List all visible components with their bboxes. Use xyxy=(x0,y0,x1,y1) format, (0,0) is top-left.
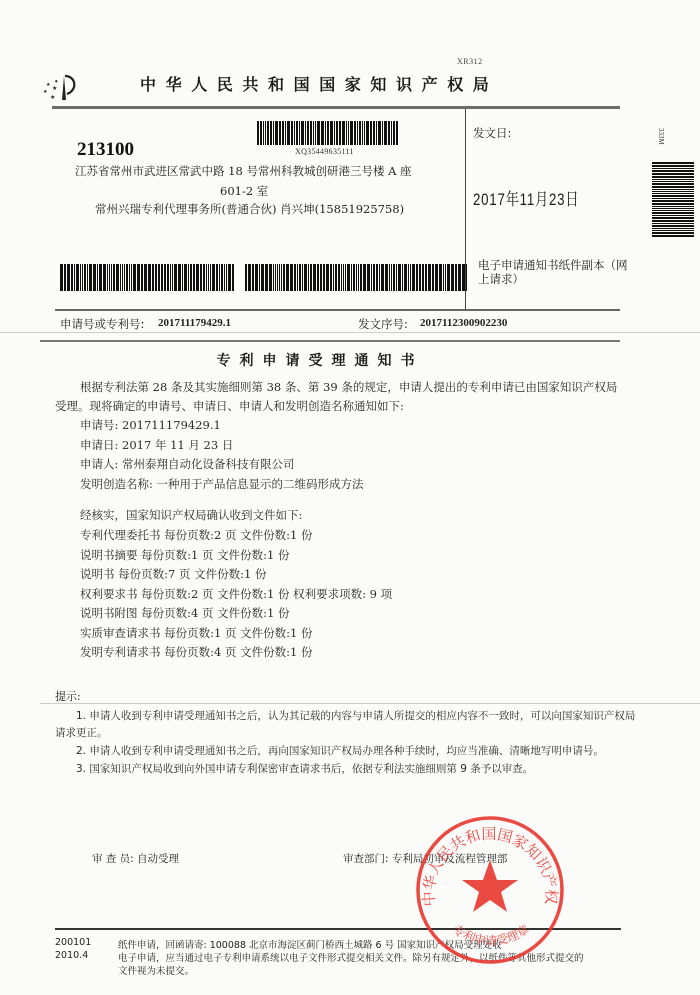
document-row: 说明书摘要 每份页数:1 页 文件份数:1 份 xyxy=(80,547,290,563)
field-invention-title: 发明创造名称: 一种用于产品信息显示的二维码形成方法 xyxy=(80,476,364,492)
document-row: 说明书附图 每份页数:4 页 文件份数:1 份 xyxy=(80,605,290,621)
svg-text:★: ★ xyxy=(46,82,51,88)
tips-label: 提示: xyxy=(55,688,81,704)
footer-line3: 文件视为未提交。 xyxy=(118,963,194,977)
svg-text:★: ★ xyxy=(43,89,48,95)
recipient-address-line2: 601-2 室 xyxy=(220,183,268,199)
confirm-text: 经核实，国家知识产权局确认收到文件如下: xyxy=(80,507,302,523)
agency-title: 中华人民共和国国家知识产权局 xyxy=(140,72,498,95)
examiner: 审 查 员: 自动受理 xyxy=(92,851,179,866)
seal-star-icon xyxy=(462,860,518,912)
document-row: 实质审查请求书 每份页数:1 页 文件份数:1 份 xyxy=(80,625,313,641)
document-row: 说明书 每份页数:7 页 文件份数:1 份 xyxy=(80,566,267,582)
field-applicant: 申请人: 常州泰翔自动化设备科技有限公司 xyxy=(80,456,295,472)
tip-3: 3. 国家知识产权局收到向外国申请专利保密审查请求书后，依据专利法实施细则第 9… xyxy=(76,761,533,776)
side-code: 333M xyxy=(657,128,665,145)
address-barcode xyxy=(257,121,399,145)
recipient-agent: 常州兴瑞专利代理事务所(普通合伙) 肖兴坤(15851925758) xyxy=(95,201,404,217)
sequence-number: 2017112300902230 xyxy=(420,317,507,329)
intro-line2: 受理。现将确定的申请号、申请日、申请人和发明创造名称通知如下: xyxy=(55,398,404,414)
footer-code2: 2010.4 xyxy=(55,950,88,961)
tip-1-cont: 请求更正。 xyxy=(55,725,108,740)
title-divider xyxy=(40,340,620,342)
barcode-middle xyxy=(245,264,468,291)
header-divider xyxy=(52,106,620,109)
tips-divider xyxy=(40,703,700,704)
app-number: 201711179429.1 xyxy=(158,317,231,329)
field-app-date: 申请日: 2017 年 11 月 23 日 xyxy=(80,437,233,453)
notice-title: 专利申请受理通知书 xyxy=(0,350,640,370)
app-number-label: 申请号或专利号: xyxy=(60,316,144,332)
official-seal-icon: 中华人民共和国国家知识产权局 专利申请受理章 xyxy=(410,810,570,970)
form-code: XR312 xyxy=(457,57,483,66)
svg-text:专利申请受理章: 专利申请受理章 xyxy=(450,921,531,948)
field-app-number: 申请号: 201711179429.1 xyxy=(80,417,221,433)
tip-1: 1. 申请人收到专利申请受理通知书之后，认为其记载的内容与申请人所提交的相应内容… xyxy=(76,708,635,723)
sent-date: 2017年11月23日 xyxy=(473,185,579,210)
sent-date-label: 发文日: xyxy=(473,125,511,141)
barcode-label: XQ35449635111 xyxy=(295,147,354,156)
svg-text:★: ★ xyxy=(50,94,55,101)
side-barcode xyxy=(652,162,694,238)
barcode-left xyxy=(60,264,235,291)
cnipa-logo-icon: ★ ★ ★ ★ ● xyxy=(40,74,80,102)
sequence-label: 发文序号: xyxy=(358,316,408,332)
copy-note: 电子申请通知书纸件副本（网上请求） xyxy=(478,258,628,286)
footer-code1: 200101 xyxy=(55,937,91,948)
section-divider xyxy=(55,309,620,311)
tip-2: 2. 申请人收到专利申请受理通知书之后，再向国家知识产权局办理各种手续时，均应当… xyxy=(76,743,604,758)
document-row: 发明专利请求书 每份页数:4 页 文件份数:1 份 xyxy=(80,644,313,660)
faint-divider xyxy=(0,332,700,333)
svg-text:●: ● xyxy=(55,79,58,83)
document-row: 专利代理委托书 每份页数:2 页 文件份数:1 份 xyxy=(80,527,313,543)
recipient-address-line1: 江苏省常州市武进区常武中路 18 号常州科教城创研港三号楼 A 座 xyxy=(75,163,412,179)
svg-text:★: ★ xyxy=(52,85,57,92)
document-row: 权利要求书 每份页数:2 页 文件份数:1 份 权利要求项数: 9 项 xyxy=(80,586,392,602)
seal-inner-text: 专利申请受理章 xyxy=(450,921,531,948)
postal-code: 213100 xyxy=(77,139,134,161)
intro-line1: 根据专利法第 28 条及其实施细则第 38 条、第 39 条的规定，申请人提出的… xyxy=(80,379,617,395)
